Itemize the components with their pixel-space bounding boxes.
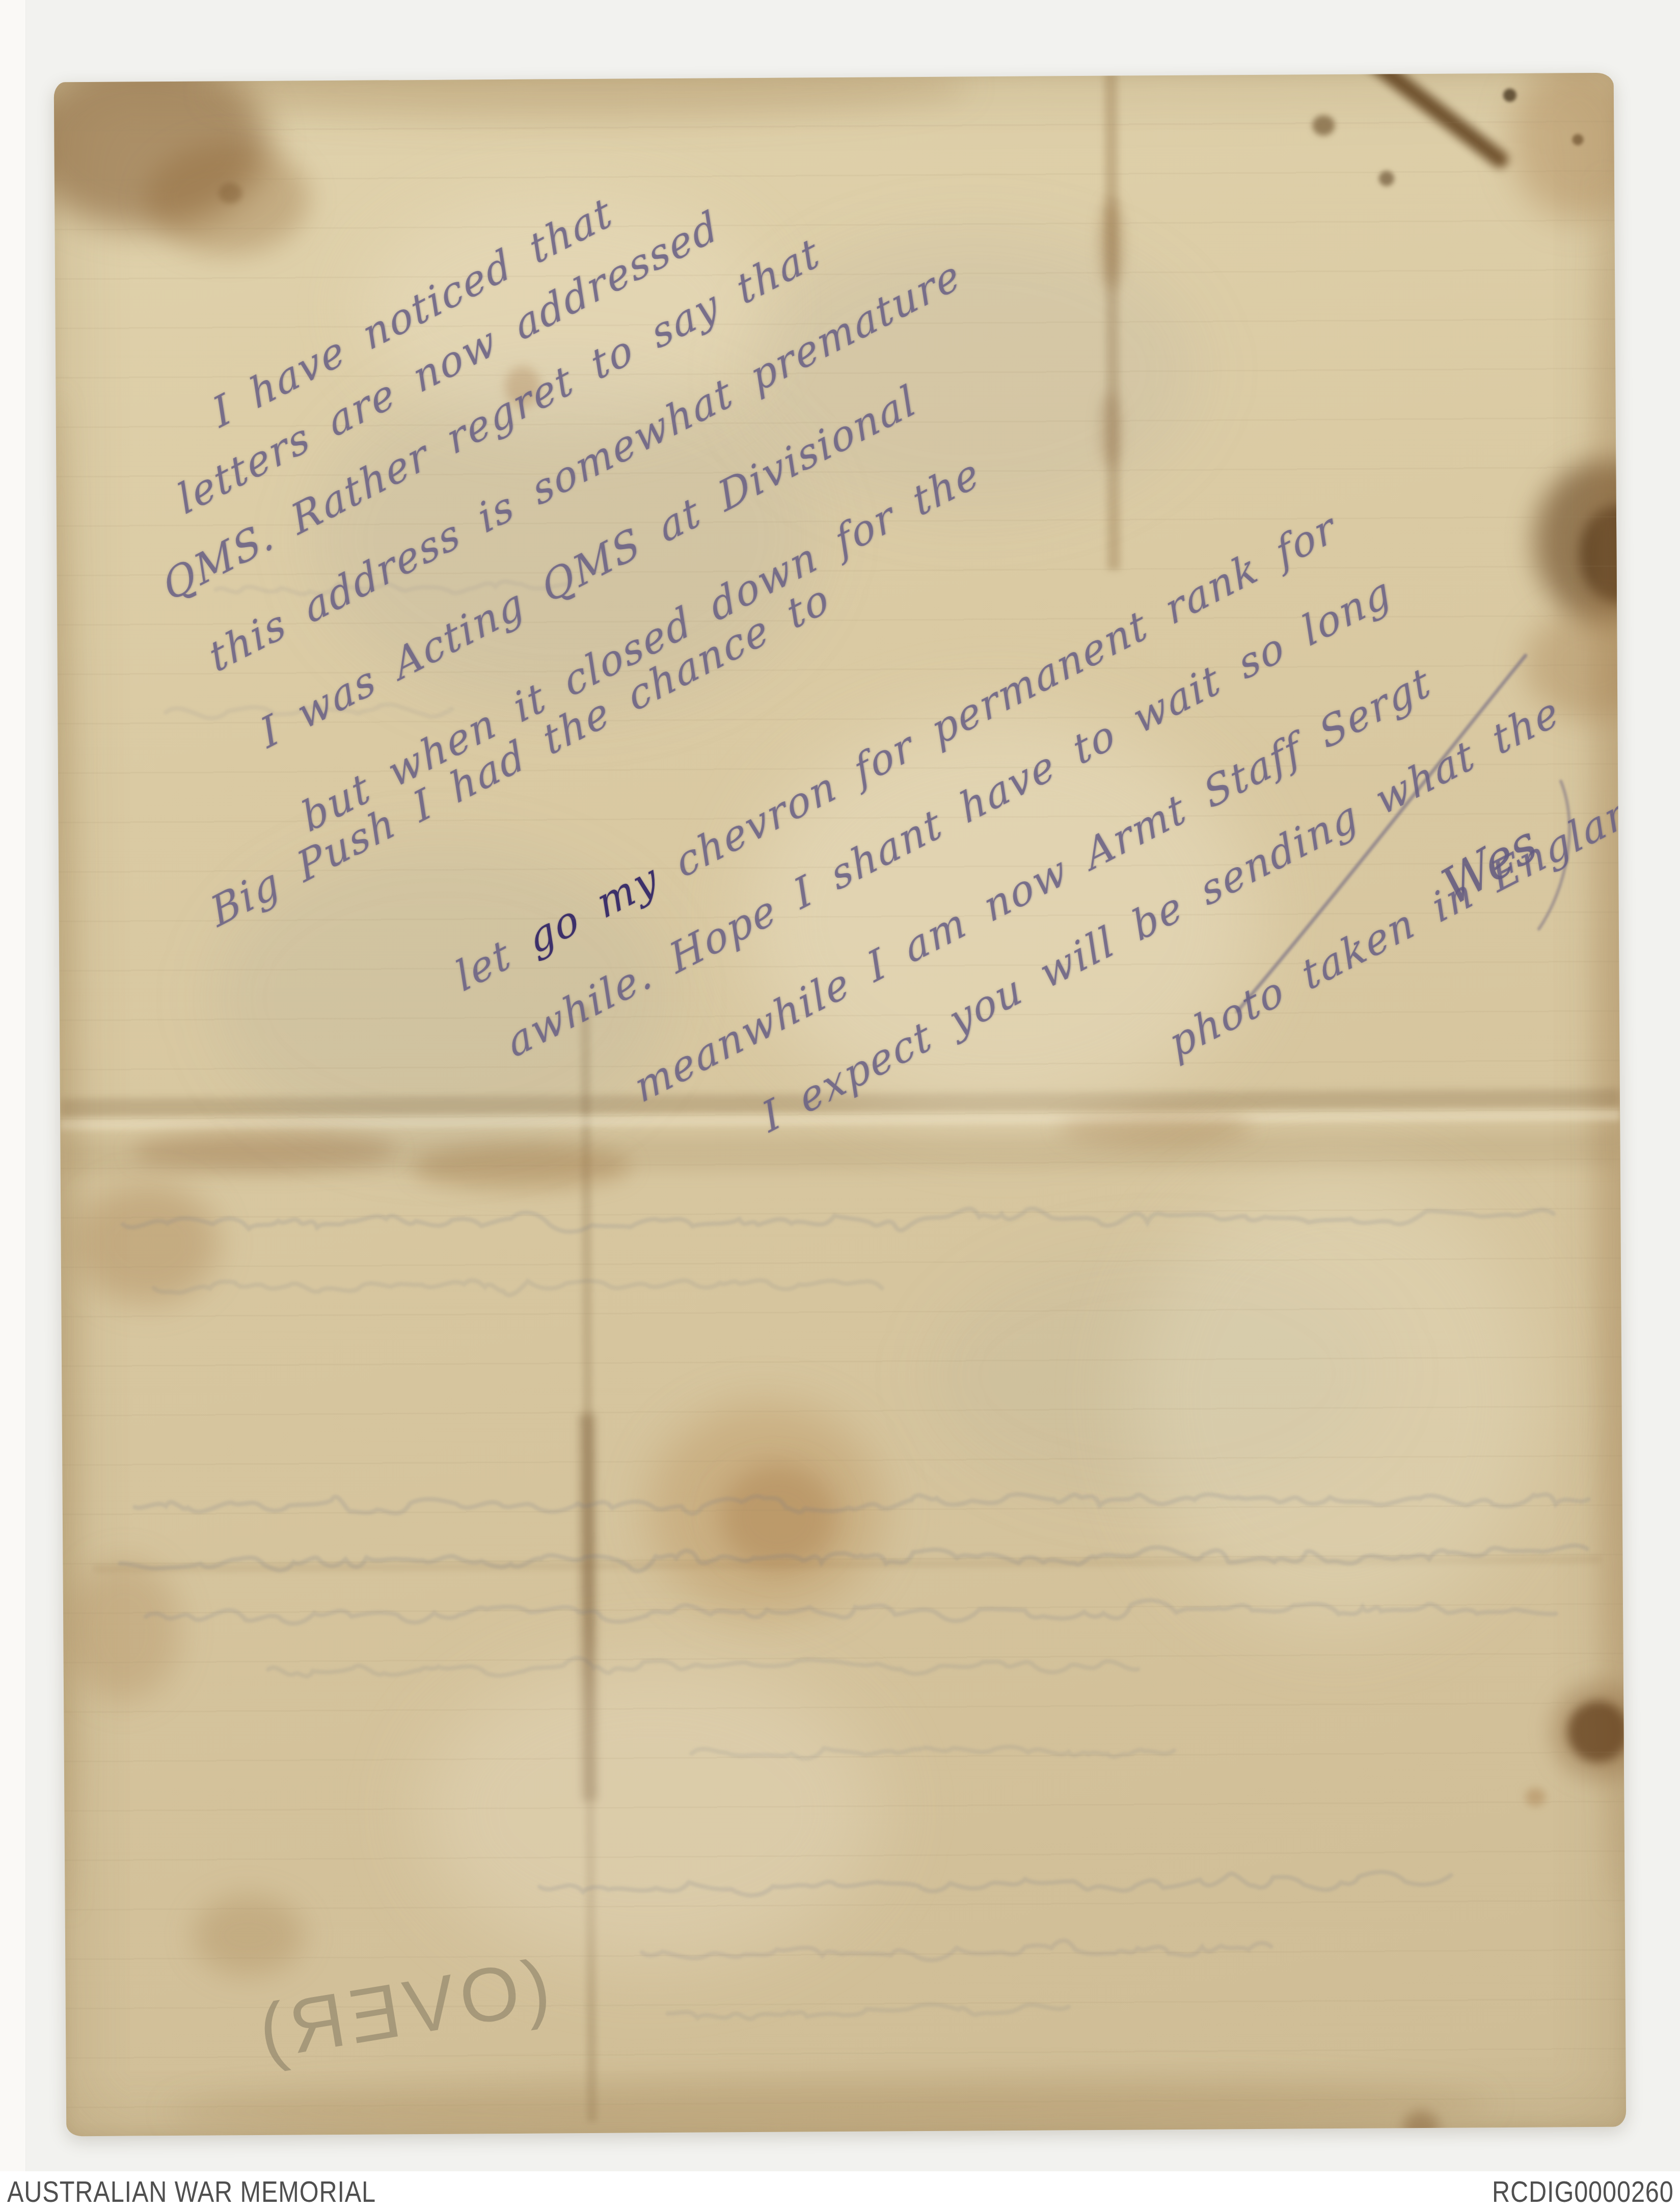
paper-stain [1312, 115, 1335, 136]
paper-stain [1503, 89, 1516, 102]
archive-name: AUSTRALIAN WAR MEMORIAL [7, 2171, 376, 2210]
scanned-letter-page: I have noticed that letters are now addr… [0, 0, 1680, 2210]
paper-stain [192, 1894, 305, 1976]
paper-stain [206, 73, 971, 122]
signature: Wes [1434, 813, 1545, 919]
bleedthrough-line [668, 2004, 1069, 2019]
paper-stain [54, 388, 86, 1916]
paper-stain [743, 228, 1203, 516]
paper-stain [219, 183, 242, 203]
paper-stain [745, 712, 1257, 1122]
paper-stain [360, 190, 769, 427]
letter-paper: I have noticed that letters are now addr… [54, 73, 1627, 2137]
footer-bar: AUSTRALIAN WAR MEMORIAL RCDIG0000260 [0, 2171, 1680, 2210]
item-id: RCDIG0000260 [1492, 2171, 1674, 2210]
paper-stain [420, 1657, 881, 1965]
paper-stains [54, 73, 1614, 83]
paper-stain [1588, 175, 1626, 1907]
paper-stain [211, 843, 672, 1151]
paper-stain [168, 2076, 1493, 2136]
paper-stain [1525, 1788, 1546, 1807]
bleedthrough-line [154, 1278, 882, 1297]
paper-stain [1379, 171, 1394, 186]
scan-margin-strip [0, 0, 26, 2210]
bleedthrough-line [166, 704, 452, 718]
paper-stain [1567, 1701, 1626, 1763]
paper-stain [719, 1463, 837, 1571]
paper-stain [1130, 1169, 1540, 1630]
paper-stain [1352, 73, 1512, 172]
paper-stain [68, 1559, 181, 1702]
paper-stain [76, 1181, 219, 1305]
